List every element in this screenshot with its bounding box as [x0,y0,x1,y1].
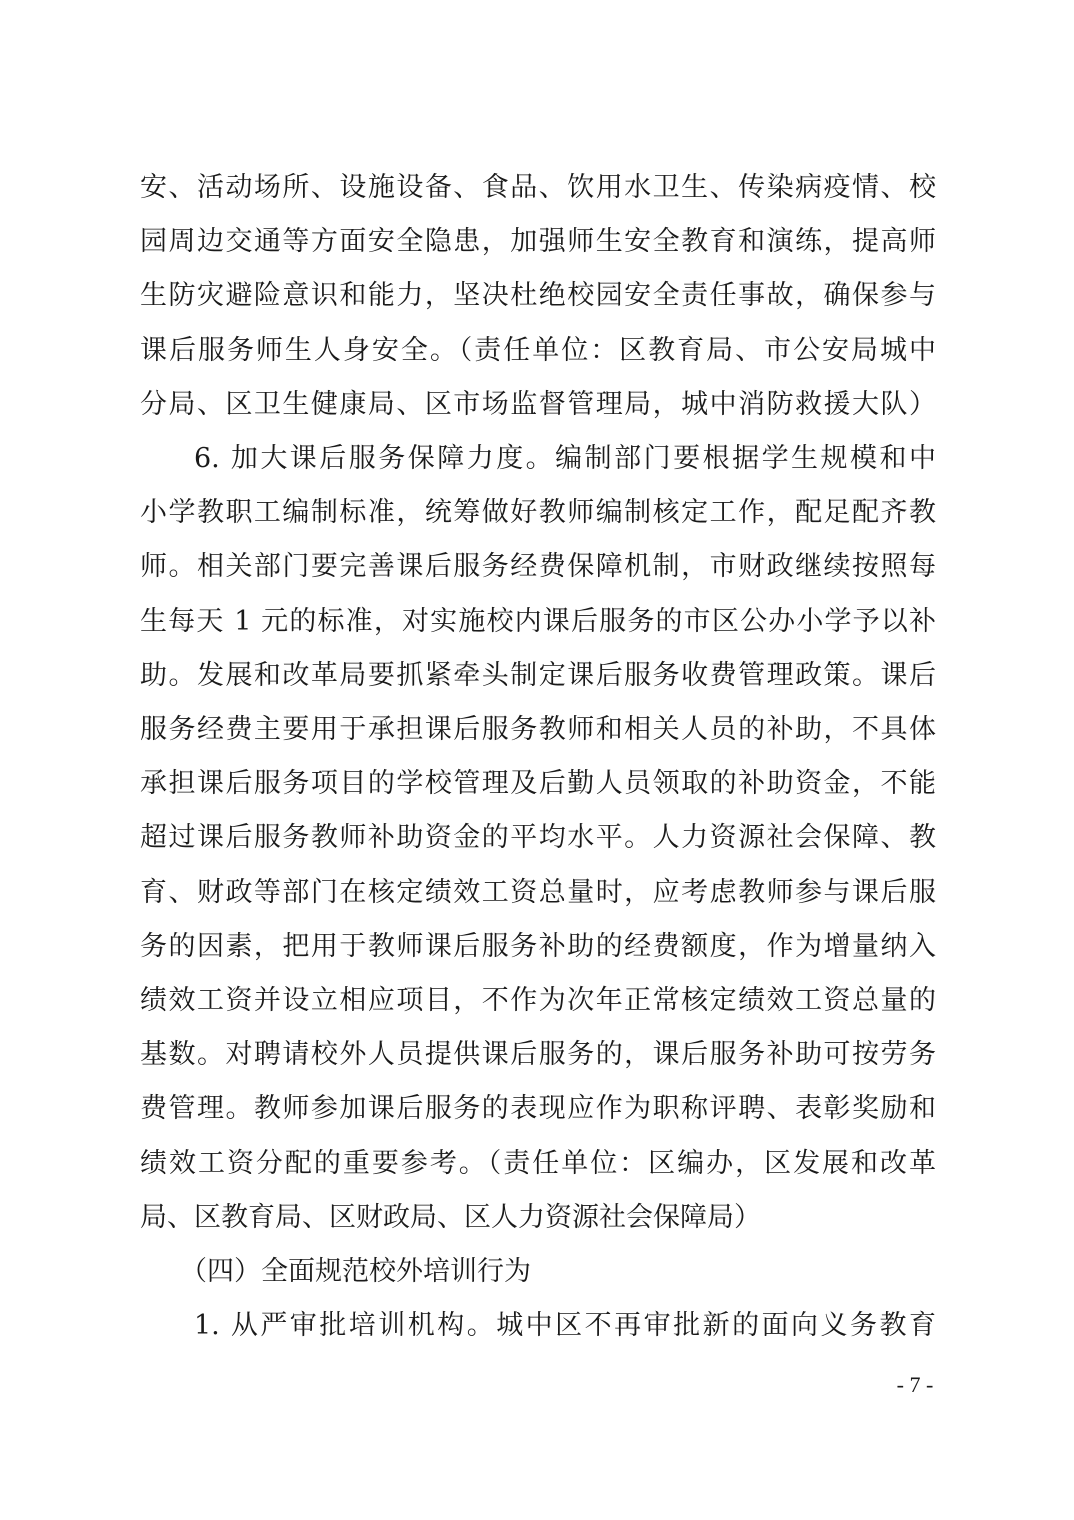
text-line: 6. 加大课后服务保障力度。编制部门要根据学生规模和中 [194,439,936,479]
text-line: 生每天 1 元的标准，对实施校内课后服务的市区公办小学予以补 [140,602,936,642]
text-line: 服务经费主要用于承担课后服务教师和相关人员的补助，不具体 [140,710,936,750]
text-line: （四）全面规范校外培训行为 [180,1252,936,1292]
text-line: 绩效工资并设立相应项目，不作为次年正常核定绩效工资总量的 [140,981,936,1021]
text-line: 承担课后服务项目的学校管理及后勤人员领取的补助资金，不能 [140,764,936,804]
text-line: 绩效工资分配的重要参考。（责任单位：区编办，区发展和改革 [140,1144,936,1184]
text-line: 小学教职工编制标准，统筹做好教师编制核定工作，配足配齐教 [140,493,936,533]
text-line: 安、活动场所、设施设备、食品、饮用水卫生、传染病疫情、校 [140,168,936,208]
text-line: 费管理。教师参加课后服务的表现应作为职称评聘、表彰奖励和 [140,1089,936,1129]
text-line: 分局、区卫生健康局、区市场监督管理局，城中消防救援大队） [140,385,936,425]
page-number: - 7 - [880,1372,950,1398]
text-line: 助。发展和改革局要抓紧牵头制定课后服务收费管理政策。课后 [140,656,936,696]
text-line: 超过课后服务教师补助资金的平均水平。人力资源社会保障、教 [140,818,936,858]
text-line: 基数。对聘请校外人员提供课后服务的，课后服务补助可按劳务 [140,1035,936,1075]
text-line: 育、财政等部门在核定绩效工资总量时，应考虑教师参与课后服 [140,873,936,913]
text-line: 1. 从严审批培训机构。城中区不再审批新的面向义务教育 [194,1306,936,1346]
text-line: 局、区教育局、区财政局、区人力资源社会保障局） [140,1198,936,1238]
text-line: 务的因素，把用于教师课后服务补助的经费额度，作为增量纳入 [140,927,936,967]
text-line: 课后服务师生人身安全。（责任单位：区教育局、市公安局城中 [140,331,936,371]
text-line: 园周边交通等方面安全隐患，加强师生安全教育和演练，提高师 [140,222,936,262]
text-line: 师。相关部门要完善课后服务经费保障机制，市财政继续按照每 [140,547,936,587]
document-page: 安、活动场所、设施设备、食品、饮用水卫生、传染病疫情、校园周边交通等方面安全隐患… [0,0,1074,1520]
text-line: 生防灾避险意识和能力，坚决杜绝校园安全责任事故，确保参与 [140,276,936,316]
